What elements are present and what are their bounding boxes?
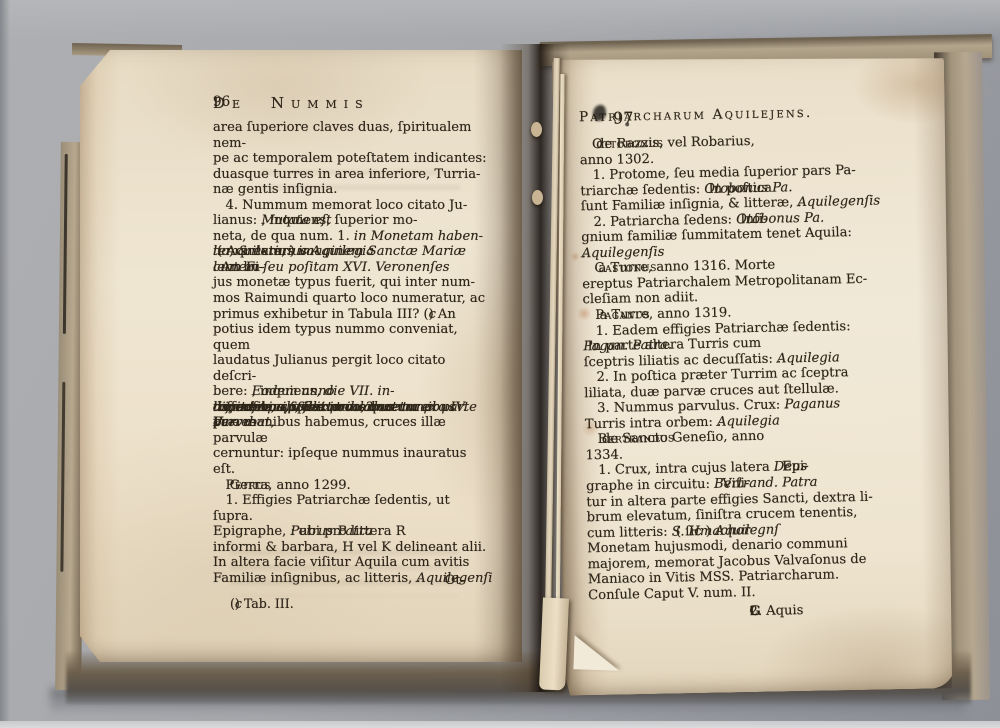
folded-page-corner (573, 635, 620, 671)
ink-dot (625, 122, 629, 126)
text-line: neta, de qua num. 1. in Monetam haben- (213, 229, 491, 245)
sewing-cord-bump (532, 190, 543, 205)
left-page-text: area ſuperiore claves duas, ſpiritualem … (213, 120, 491, 586)
text-line: lentem ſeu poſitam XVI. Veronenſes. An h… (213, 260, 491, 276)
text-line: cernuntur: ipſeque nummus inauratus eſt. (213, 446, 491, 477)
right-page-header: Patriarcharum Aquilejens. 97 (579, 103, 901, 109)
left-running-title: De Nummis (213, 94, 370, 112)
right-catchword: 2. Aquis (749, 603, 803, 619)
text-line: In altera facie viſitur Aquila cum aviti… (213, 555, 491, 571)
left-footnote: (c) Tab. III. (230, 596, 490, 611)
text-line: informi & barbara, H vel K delineant ali… (213, 540, 491, 556)
text-line: pe ac temporalem poteſtatem indicantes: (213, 151, 491, 167)
text-line: lianus: Mutata eſt, inquiens, ſuperior m… (213, 213, 491, 229)
scanner-background-edge (0, 0, 10, 728)
text-line: næ gentis inſignia. (213, 182, 491, 198)
text-line: potius idem typus nummo conveniat, quem (213, 322, 491, 353)
text-line: mos Raimundi quarto loco numeratur, ac (213, 291, 491, 307)
text-line: primus exhibetur in Tabula III? (c) An (213, 307, 491, 323)
text-line: duasque turres in area inferiore, Turria… (213, 167, 491, 183)
right-page: Patriarcharum Aquilejens. 97 Ottobonus d… (552, 52, 956, 695)
text-line: 1. Effigies Patriarchæ ſedentis, ut ſupr… (213, 493, 491, 524)
text-line: Petrus Gerra, anno 1299. (213, 478, 491, 494)
scanner-background-highlight (0, 0, 1000, 38)
right-page-text: Ottobonus de Razzis, vel Robarius,anno 1… (579, 131, 910, 604)
right-page-number: 97 (613, 108, 634, 127)
sewing-cord-bump (531, 122, 542, 137)
text-line: Epigraphe, Petrus Patra: ubi pro littera… (213, 524, 491, 540)
text-line: jus monetæ typus fuerit, qui inter num- (213, 275, 491, 291)
text-line: area ſuperiore claves duas, ſpiritualem … (213, 120, 491, 151)
torn-leaf-stub (539, 597, 569, 690)
cover-slit (60, 382, 65, 572)
left-catchword: Ot- (213, 573, 491, 588)
scanned-book-photo: 96 De Nummis area ſuperiore claves duas,… (0, 0, 1000, 728)
left-page: 96 De Nummis area ſuperiore claves duas,… (80, 50, 522, 662)
text-line: 4. Nummum memorat loco citato Ju- (213, 198, 491, 214)
cover-slit (63, 154, 68, 334)
text-line: bere: Eodem anno, inquiens, die VII. in- (213, 384, 491, 400)
text-line: laudatus Julianus pergit loco citato deſ… (213, 353, 491, 384)
scan-bottom-strip (0, 721, 1000, 728)
